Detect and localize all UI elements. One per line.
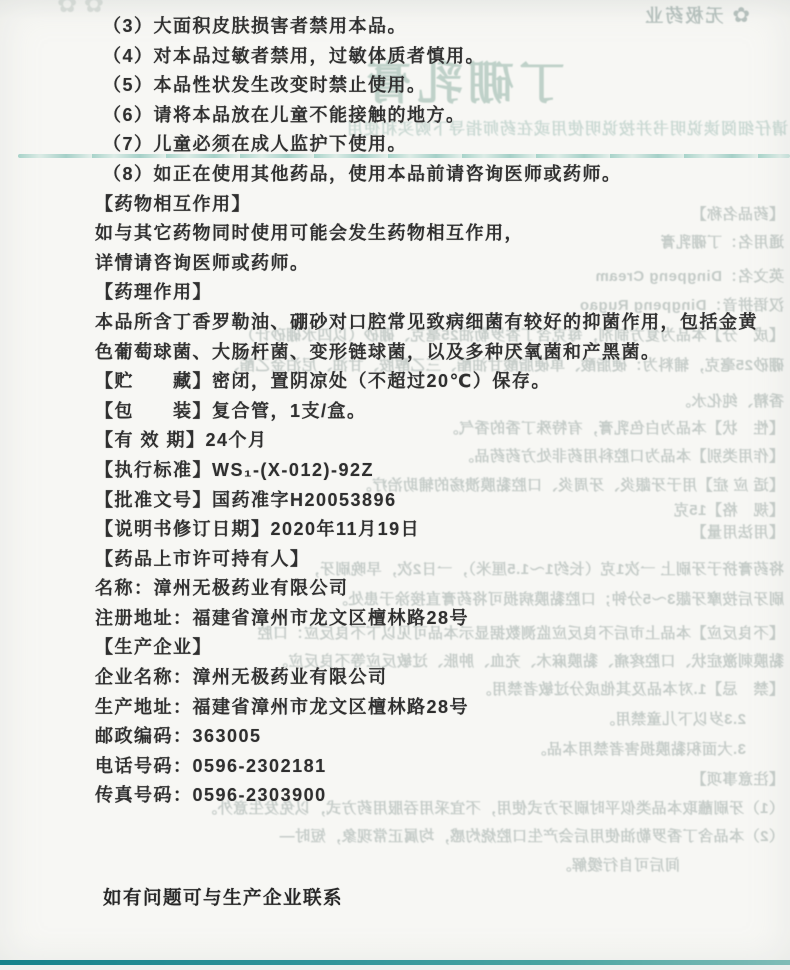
drug-interactions-text-1: 如与其它药物同时使用可能会发生药物相互作用， [95, 219, 780, 249]
section-standard: 【执行标准】WS₁-(X-012)-92Z [95, 456, 780, 486]
section-packaging: 【包 装】复合管，1支/盒。 [95, 397, 780, 427]
section-storage: 【贮 藏】密闭，置阴凉处（不超过20℃）保存。 [95, 367, 780, 397]
contact-manufacturer-note: 如有问题可与生产企业联系 [103, 884, 343, 910]
leaflet-content: （3）大面积皮肤损害者禁用本品。 （4）对本品过敏者禁用，过敏体质者慎用。 （5… [0, 0, 790, 970]
postal-code: 邮政编码：363005 [95, 722, 780, 752]
drug-interactions-text-2: 详情请咨询医师或药师。 [95, 249, 780, 279]
leaflet-page: ✿ 无极药业 ✿ ✿ 丁硼乳膏 请仔细阅读说明书并按说明使用或在药师指导下购买和… [0, 0, 790, 970]
fax-number: 传真号码：0596-2303900 [95, 781, 780, 811]
section-revision-date: 【说明书修订日期】2020年11月19日 [95, 515, 780, 545]
holder-address: 注册地址：福建省漳州市龙文区檀林路28号 [95, 604, 780, 634]
precaution-item-5: （5）本品性状发生改变时禁止使用。 [95, 71, 780, 101]
section-drug-interactions: 【药物相互作用】 [95, 190, 780, 220]
section-manufacturer: 【生产企业】 [95, 633, 780, 663]
phone-number: 电话号码：0596-2302181 [95, 752, 780, 782]
leaflet-text-block: （3）大面积皮肤损害者禁用本品。 （4）对本品过敏者禁用，过敏体质者慎用。 （5… [95, 12, 780, 811]
holder-name: 名称：漳州无极药业有限公司 [95, 574, 780, 604]
section-pharmacology: 【药理作用】 [95, 278, 780, 308]
precaution-item-8: （8）如正在使用其他药品，使用本品前请咨询医师或药师。 [95, 160, 780, 190]
section-validity: 【有 效 期】24个月 [95, 426, 780, 456]
section-license-holder: 【药品上市许可持有人】 [95, 545, 780, 575]
pharmacology-text-2: 色葡萄球菌、大肠杆菌、变形链球菌，以及多种厌氧菌和产黑菌。 [95, 338, 780, 368]
precaution-item-6: （6）请将本品放在儿童不能接触的地方。 [95, 101, 780, 131]
precaution-item-7: （7）儿童必须在成人监护下使用。 [95, 130, 780, 160]
manufacturer-name: 企业名称：漳州无极药业有限公司 [95, 663, 780, 693]
manufacturer-address: 生产地址：福建省漳州市龙文区檀林路28号 [95, 693, 780, 723]
bottom-paper-edge [0, 965, 790, 970]
section-approval-number: 【批准文号】国药准字H20053896 [95, 486, 780, 516]
pharmacology-text-1: 本品所含丁香罗勒油、硼砂对口腔常见致病细菌有较好的抑菌作用，包括金黄 [95, 308, 780, 338]
precaution-item-3: （3）大面积皮肤损害者禁用本品。 [95, 12, 780, 42]
precaution-item-4: （4）对本品过敏者禁用，过敏体质者慎用。 [95, 42, 780, 72]
